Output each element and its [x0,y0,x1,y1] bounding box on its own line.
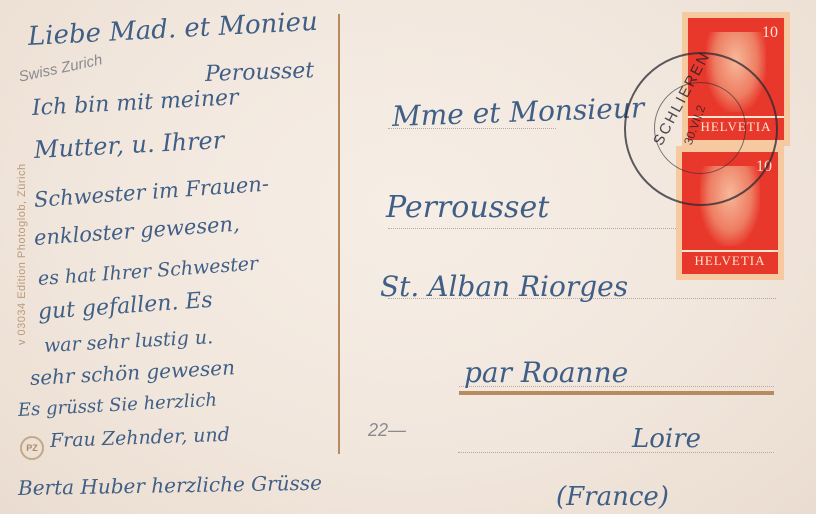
message-line: Es grüsst Sie herzlich [17,390,217,421]
message-line: Perousset [205,58,315,87]
center-divider [338,14,340,454]
address-line: St. Alban Riorges [380,270,628,303]
address-line: Perrousset [386,190,549,225]
address-line: Loire [632,424,701,454]
address-underline-bar [459,391,774,395]
postcard: Liebe Mad. et Monieu Perousset Ich bin m… [0,0,816,514]
message-line: Schwester im Frauen- [33,172,270,212]
message-line: Liebe Mad. et Monieu [27,7,318,52]
pencil-note-price: 22— [368,420,406,441]
message-line: Ich bin mit meiner [31,85,239,121]
message-line: es hat Ihrer Schwester [37,253,259,290]
message-line: Mutter, u. Ihrer [33,126,225,164]
publisher-logo: PZ [20,436,44,460]
pencil-note-location: Swiss Zurich [17,51,104,85]
stamp-country: HELVETIA [682,250,778,270]
signature-line: Berta Huber herzliche Grüsse [18,471,322,500]
message-line: sehr schön gewesen [29,355,235,390]
address-rule [458,452,774,453]
address-line: (France) [556,482,669,512]
message-line: Frau Zehnder, und [50,424,231,452]
publisher-imprint: v 03034 Edition Photoglob, Zürich [16,163,28,345]
address-line: par Roanne [464,356,628,389]
address-line: Mme et Monsieur [391,91,644,133]
postmark-cancel: SCHLIEREN 30.VII.2 [624,52,778,206]
stamp-value: 10 [762,24,778,42]
message-line: enkloster gewesen, [33,212,240,250]
message-line: war sehr lustig u. [43,326,213,357]
message-line: gut gefallen. Es [37,288,213,325]
